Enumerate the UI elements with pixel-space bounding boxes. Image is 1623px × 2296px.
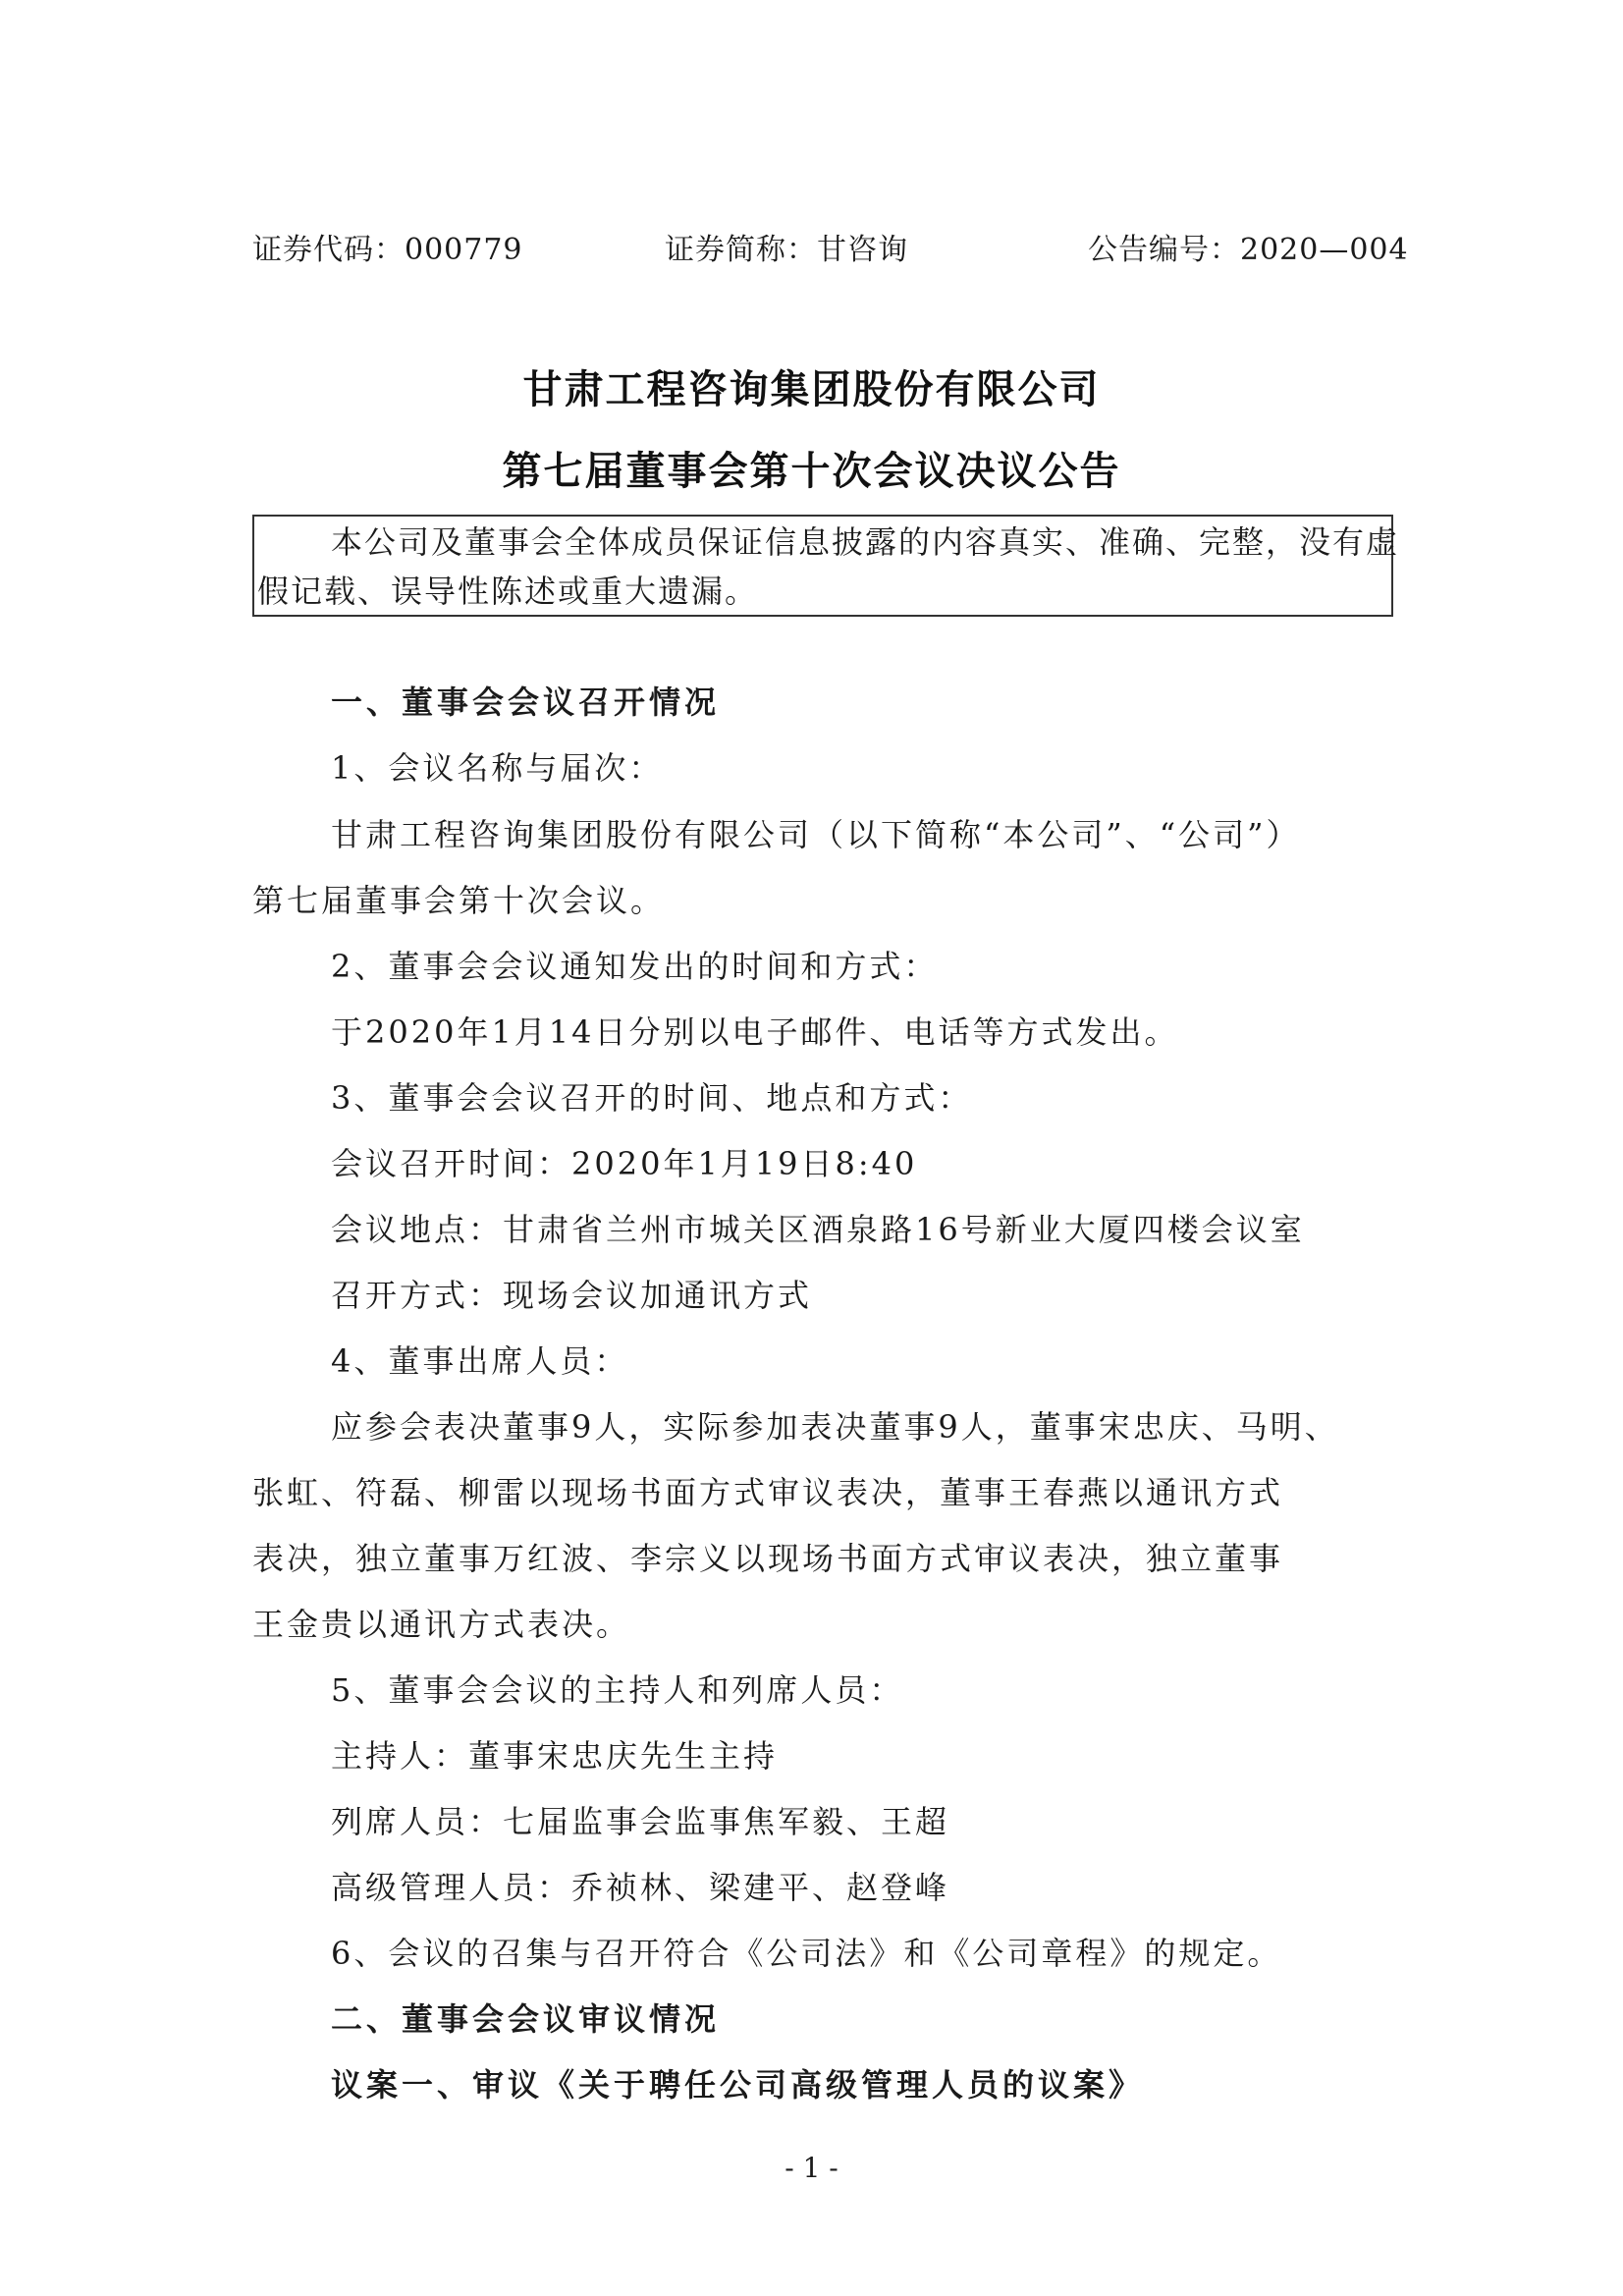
meeting-attendees: 列席人员：七届监事会监事焦军毅、王超 [331,1802,949,1841]
disclaimer-line-1: 本公司及董事会全体成员保证信息披露的内容真实、准确、完整，没有虚 [331,522,1399,562]
document-title-company: 甘肃工程咨询集团股份有限公司 [0,365,1623,414]
proposal-1: 议案一、审议《关于聘任公司高级管理人员的议案》 [331,2065,1144,2105]
stock-abbreviation: 证券简称：甘咨询 [665,231,908,270]
item-4-line-1: 应参会表决董事9人，实际参加表决董事9人，董事宋忠庆、马明、 [331,1407,1339,1447]
item-2-label: 2、董事会会议通知发出的时间和方式： [331,947,938,986]
item-1-label: 1、会议名称与届次： [331,748,663,788]
section-heading-deliberation: 二、董事会会议审议情况 [331,1999,720,2039]
disclaimer-line-2: 假记载、误导性陈述或重大遗漏。 [257,572,758,611]
senior-executives: 高级管理人员：乔祯林、梁建平、赵登峰 [331,1868,949,1907]
item-1-line-1: 甘肃工程咨询集团股份有限公司（以下简称“本公司”、“公司”） [331,815,1300,854]
meeting-time: 会议召开时间：2020年1月19日8:40 [331,1144,917,1183]
announcement-number: 公告编号：2020—004 [1088,231,1409,270]
item-4-label: 4、董事出席人员： [331,1341,628,1381]
item-4-line-4: 王金贵以通讯方式表决。 [252,1605,630,1644]
meeting-host: 主持人：董事宋忠庆先生主持 [331,1736,778,1776]
item-1-line-2: 第七届董事会第十次会议。 [252,881,665,920]
meeting-method: 召开方式：现场会议加通讯方式 [331,1276,812,1315]
item-2-line-1: 于2020年1月14日分别以电子邮件、电话等方式发出。 [331,1012,1179,1052]
item-5-label: 5、董事会会议的主持人和列席人员： [331,1670,903,1710]
page-number: - 1 - [0,2151,1623,2186]
item-6-label: 6、会议的召集与召开符合《公司法》和《公司章程》的规定。 [331,1934,1281,1973]
document-title-announcement: 第七届董事会第十次会议决议公告 [0,447,1623,496]
meeting-location: 会议地点：甘肃省兰州市城关区酒泉路16号新业大厦四楼会议室 [331,1210,1305,1249]
item-4-line-3: 表决，独立董事万红波、李宗义以现场书面方式审议表决，独立董事 [252,1539,1283,1578]
item-4-line-2: 张虹、符磊、柳雷以现场书面方式审议表决，董事王春燕以通讯方式 [252,1473,1283,1512]
section-heading-meeting-convening: 一、董事会会议召开情况 [331,683,720,722]
stock-code: 证券代码：000779 [252,231,523,270]
item-3-label: 3、董事会会议召开的时间、地点和方式： [331,1078,972,1118]
